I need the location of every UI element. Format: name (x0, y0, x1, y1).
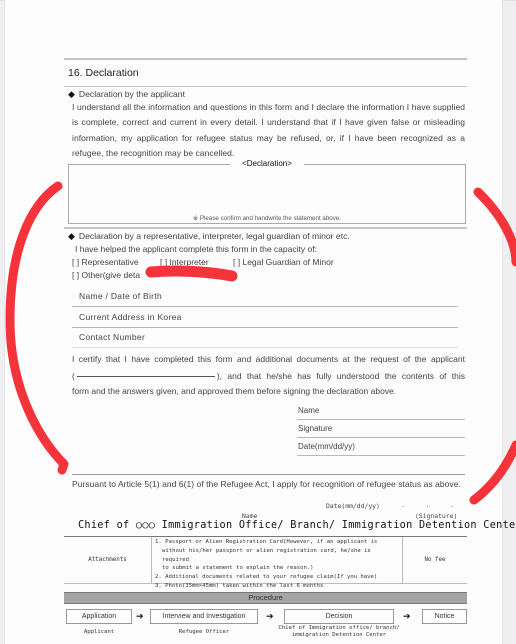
addressee-line: Chief of ○○○ Immigration Office/ Branch/… (78, 520, 516, 531)
name-dob-field[interactable]: Name / Date of Birth (72, 287, 458, 307)
rep-name-field[interactable]: Name (297, 402, 465, 420)
applicant-declaration-text: I understand all the information and que… (72, 100, 465, 161)
capacity-intro: I have helped the applicant complete thi… (75, 244, 317, 254)
contact-number-field[interactable]: Contact Number (72, 328, 458, 348)
step-notice: Notice (422, 609, 467, 624)
current-address-field[interactable]: Current Address in Korea (72, 308, 458, 328)
checkbox-other[interactable]: [ ] (72, 270, 79, 280)
attachment-item-cont: to submit a statement to explain the rea… (155, 564, 399, 573)
certify-line-3: form and the answers given, and approved… (72, 386, 396, 396)
diamond-bullet-icon: ◆ (68, 89, 75, 99)
step-application: Application (66, 609, 132, 624)
option-legal-guardian[interactable]: [ ] Legal Guardian of Minor (233, 257, 334, 267)
role-chief-line2: immigration Detention Center (274, 632, 404, 639)
application-name-label: Name (242, 512, 257, 520)
role-chief-line1: Chief of Immigration office/ branch/ (274, 625, 404, 632)
applicant-name-blank[interactable] (77, 371, 215, 377)
checkbox-interpreter[interactable]: [ ] (160, 257, 167, 267)
attachments-label: Attachments (64, 537, 152, 583)
checkbox-legal-guardian[interactable]: [ ] (233, 257, 240, 267)
arrow-right-icon: ➔ (403, 609, 411, 624)
option-legal-guardian-label: Legal Guardian of Minor (242, 257, 333, 267)
application-rule (72, 474, 465, 475)
certify-line-1: I certify that I have completed this for… (72, 354, 465, 364)
role-applicant: Applicant (66, 629, 132, 636)
declaration-box-note: ※ Please confirm and handwrite the state… (69, 215, 465, 222)
representative-declaration-heading: ◆Declaration by a representative, interp… (68, 231, 350, 242)
attachment-item-cont: without his/her passport or alien regist… (155, 547, 399, 565)
procedure-header: Procedure (64, 592, 467, 604)
attachments-fee: No fee (403, 537, 467, 583)
option-interpreter-label: Interpreter (169, 257, 208, 267)
attachment-item: 3. Photo(35mm×45mm) taken within the las… (155, 582, 399, 591)
option-interpreter[interactable]: [ ] Interpreter (160, 257, 209, 267)
rep-signature-field[interactable]: Signature (297, 420, 465, 438)
application-date-label: Date(mm/dd/yy) (326, 502, 380, 510)
handwritten-declaration-box[interactable]: <Declaration> ※ Please confirm and handw… (68, 164, 466, 224)
attachment-item: 2. Additional documents related to your … (155, 573, 399, 582)
role-chief: Chief of Immigration office/ branch/ imm… (274, 625, 404, 639)
declaration-box-title: <Declaration> (230, 159, 304, 168)
rep-date-field[interactable]: Date(mm/dd/yy) (297, 438, 465, 456)
arrow-right-icon: ➔ (136, 609, 144, 624)
certify-line-2-text: ), and that he/she has fully understood … (217, 371, 465, 381)
applicant-declaration-heading-text: Declaration by the applicant (79, 89, 185, 99)
application-signature-label: (Signature) (415, 512, 457, 520)
arrow-right-icon: ➔ (266, 609, 274, 624)
option-other[interactable]: [ ] Other(give deta (72, 270, 140, 280)
section-title-rule (64, 86, 467, 87)
section-divider (64, 58, 467, 60)
application-date-field[interactable]: . . . (402, 500, 453, 509)
certify-open-paren: ( (72, 371, 75, 381)
representative-section-rule (64, 227, 467, 229)
option-representative-label: Representative (81, 257, 138, 267)
applicant-declaration-heading: ◆Declaration by the applicant (68, 89, 185, 100)
step-decision: Decision (284, 609, 394, 624)
option-representative[interactable]: [ ] Representative (72, 257, 139, 267)
certify-line-2: (), and that he/she has fully understood… (72, 371, 465, 381)
representative-declaration-heading-text: Declaration by a representative, interpr… (79, 231, 350, 241)
option-other-label: Other(give deta (81, 270, 140, 280)
attachment-item: 1. Passport or Alien Registration Card(H… (155, 538, 399, 547)
section-title: 16. Declaration (68, 67, 139, 79)
role-refugee-officer: Refugee Officer (150, 629, 258, 636)
diamond-bullet-icon: ◆ (68, 231, 75, 241)
checkbox-representative[interactable]: [ ] (72, 257, 79, 267)
application-statement: Pursuant to Article 5(1) and 6(1) of the… (72, 477, 465, 492)
step-interview: Interview and Investigation (150, 609, 258, 624)
attachments-table: Attachments 1. Passport or Alien Registr… (64, 536, 467, 584)
attachments-list: 1. Passport or Alien Registration Card(H… (152, 537, 403, 583)
